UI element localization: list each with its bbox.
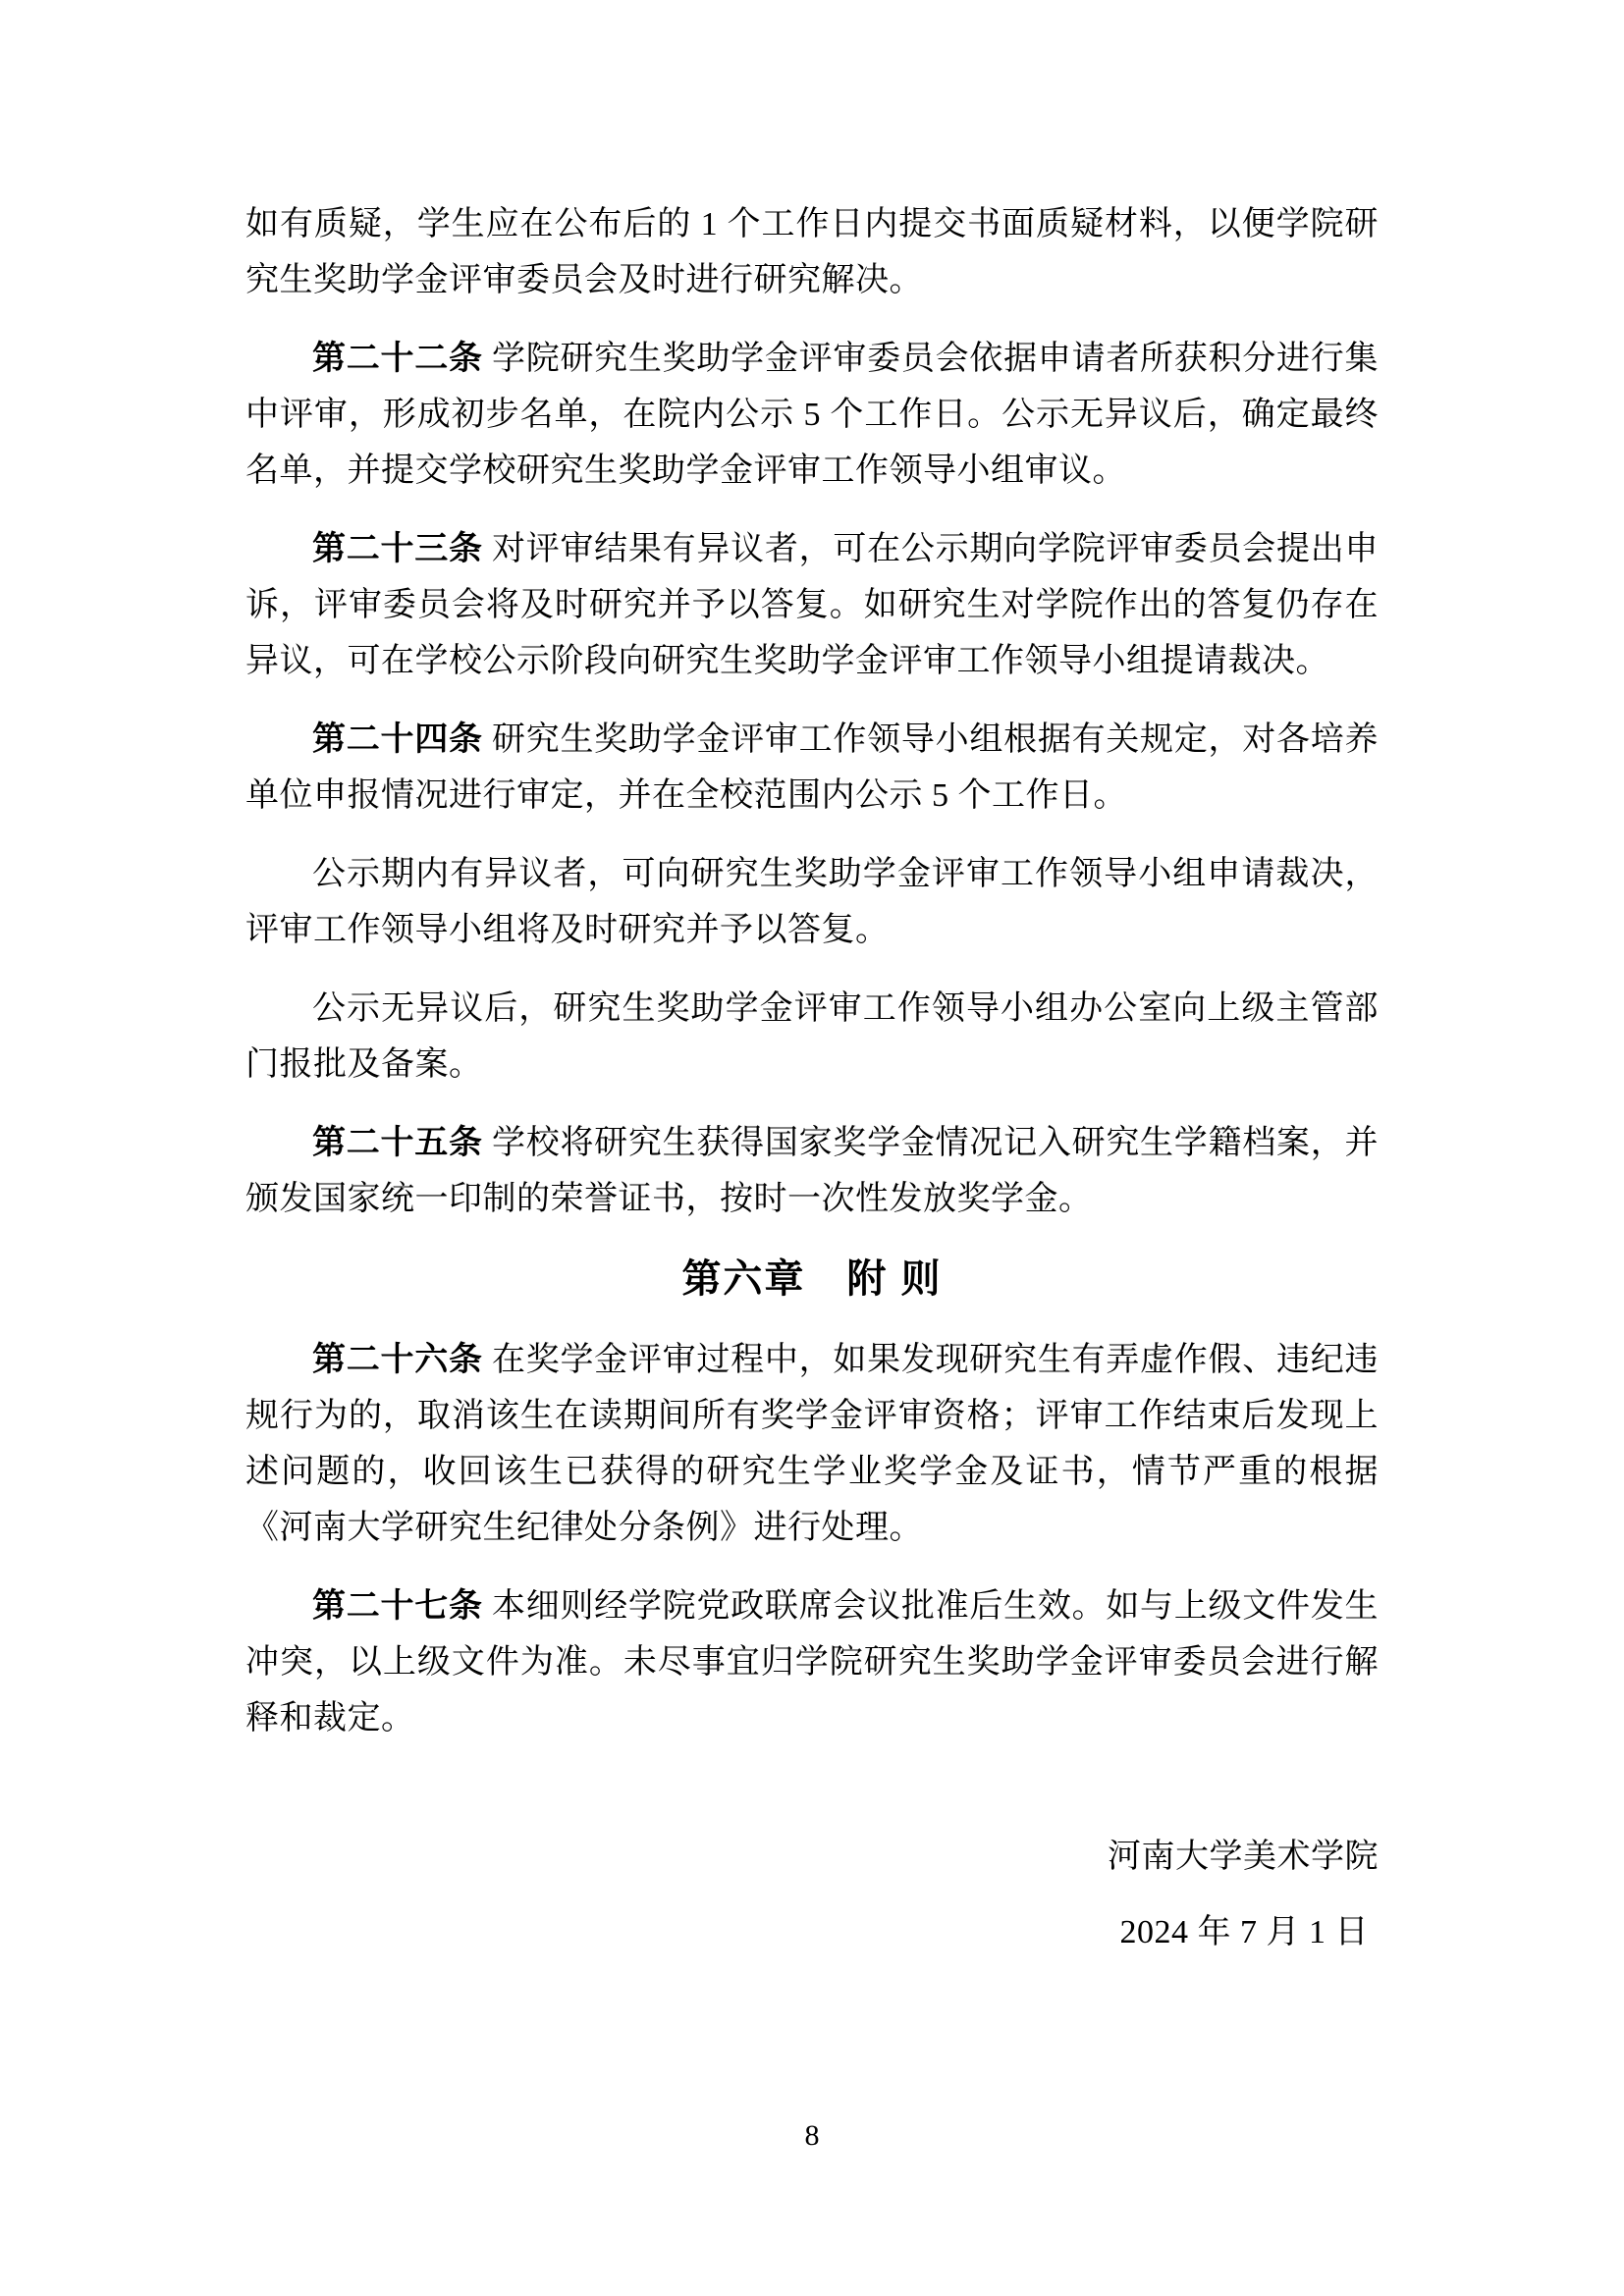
paragraph: 公示期内有异议者，可向研究生奖助学金评审工作领导小组申请裁决，评审工作领导小组将… [245,846,1379,958]
article-label: 第二十二条 [312,340,483,377]
paragraph: 第二十四条 研究生奖助学金评审工作领导小组根据有关规定，对各培养单位申报情况进行… [245,712,1379,824]
page-number: 8 [0,2118,1624,2154]
article-label: 第二十七条 [312,1587,483,1625]
paragraph: 第二十三条 对评审结果有异议者，可在公示期向学院评审委员会提出申诉，评审委员会将… [245,521,1379,689]
paragraph: 如有质疑，学生应在公布后的 1 个工作日内提交书面质疑材料，以便学院研究生奖助学… [245,196,1379,308]
signature-organization: 河南大学美术学院 [245,1829,1379,1885]
body-section-before-heading: 如有质疑，学生应在公布后的 1 个工作日内提交书面质疑材料，以便学院研究生奖助学… [245,196,1379,1227]
body-section-after-heading: 第二十六条 在奖学金评审过程中，如果发现研究生有弄虚作假、违纪违规行为的，取消该… [245,1332,1379,1746]
paragraph: 第二十七条 本细则经学院党政联席会议批准后生效。如与上级文件发生冲突，以上级文件… [245,1578,1379,1746]
chapter-heading: 第六章 附 则 [245,1250,1379,1308]
article-label: 第二十三条 [312,530,483,567]
paragraph: 第二十二条 学院研究生奖助学金评审委员会依据申请者所获积分进行集中评审，形成初步… [245,331,1379,499]
paragraph: 第二十六条 在奖学金评审过程中，如果发现研究生有弄虚作假、违纪违规行为的，取消该… [245,1332,1379,1556]
paragraph: 第二十五条 学校将研究生获得国家奖学金情况记入研究生学籍档案，并颁发国家统一印制… [245,1115,1379,1227]
article-label: 第二十四条 [312,721,483,758]
paragraph: 公示无异议后，研究生奖助学金评审工作领导小组办公室向上级主管部门报批及备案。 [245,981,1379,1093]
article-label: 第二十六条 [312,1341,483,1378]
document-page: 如有质疑，学生应在公布后的 1 个工作日内提交书面质疑材料，以便学院研究生奖助学… [0,0,1624,2296]
article-label: 第二十五条 [312,1124,483,1161]
signature-block: 河南大学美术学院 2024 年 7 月 1 日 [245,1829,1379,1960]
signature-date: 2024 年 7 月 1 日 [245,1904,1379,1960]
